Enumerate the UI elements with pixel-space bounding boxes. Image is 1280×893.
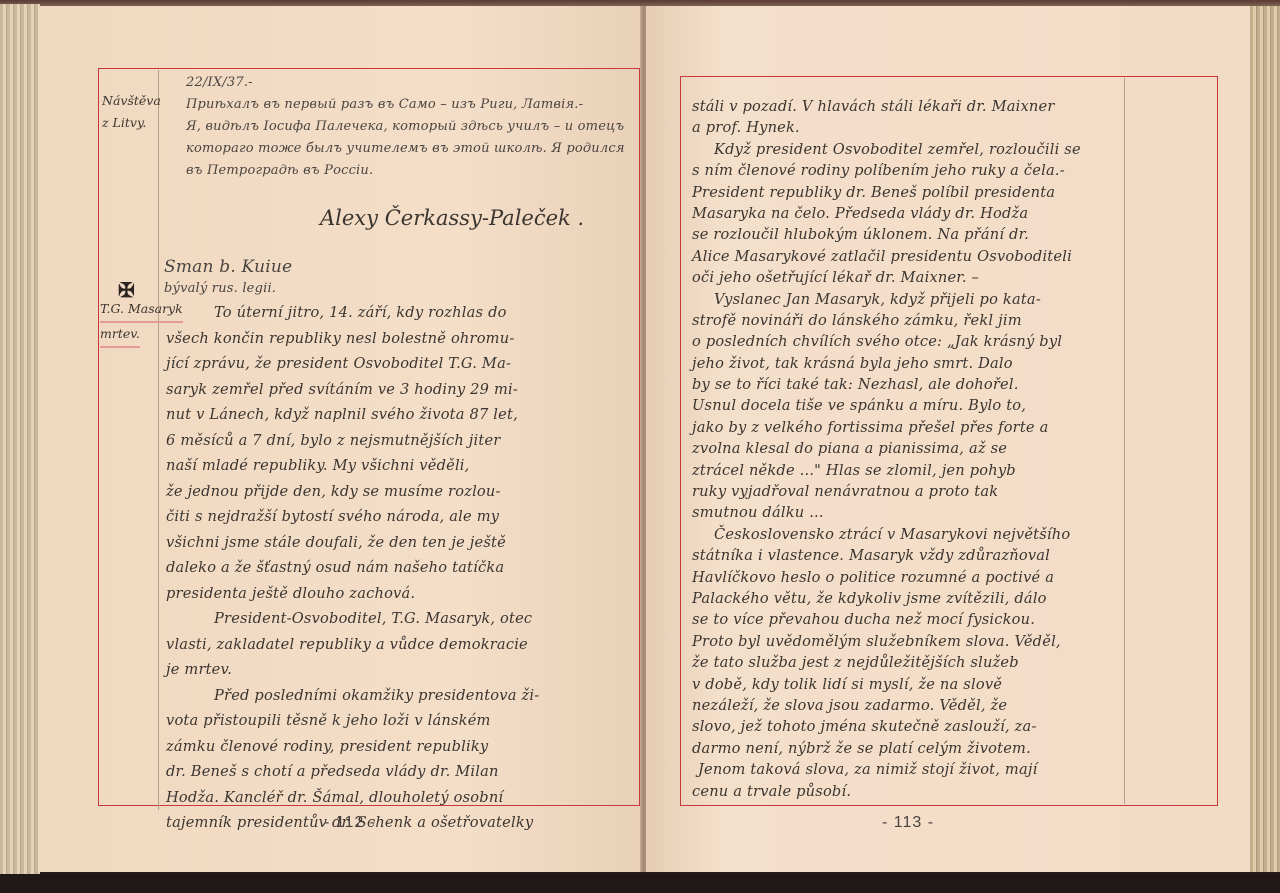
right-page-body-text: stáli v pozadí. V hlavách stáli lékaři d… <box>692 96 1081 802</box>
page-number-112: - 112 - <box>324 814 376 832</box>
right-page-margin-rule <box>1124 78 1125 804</box>
left-page-body-text: To úterní jitro, 14. září, kdy rozhlas d… <box>166 300 539 836</box>
margin-note-visit: Návštěva z Litvy. <box>102 90 161 134</box>
page-number-113: - 113 - <box>882 814 934 832</box>
left-page: Návštěva z Litvy. ✠ T.G. Masaryk mrtev. … <box>38 6 642 872</box>
page-stack-right <box>1250 6 1280 872</box>
visitor-signature: Alexy Čerkassy-Paleček . <box>320 206 584 230</box>
page-stack-left <box>0 4 40 874</box>
right-page: stáli v pozadí. V hlavách stáli lékaři d… <box>646 6 1250 872</box>
entry-2-header: Sman b. Kuiue bývalý rus. legii. <box>164 256 292 300</box>
left-page-margin-rule <box>158 70 159 810</box>
visitor-entry: 22/IX/37.- Приѣхалъ въ первый разъ въ Са… <box>186 72 625 182</box>
entry-date: 22/IX/37.- <box>186 72 625 94</box>
margin-note-dead: mrtev. <box>100 323 140 348</box>
book-cover-bottom <box>0 874 1280 893</box>
